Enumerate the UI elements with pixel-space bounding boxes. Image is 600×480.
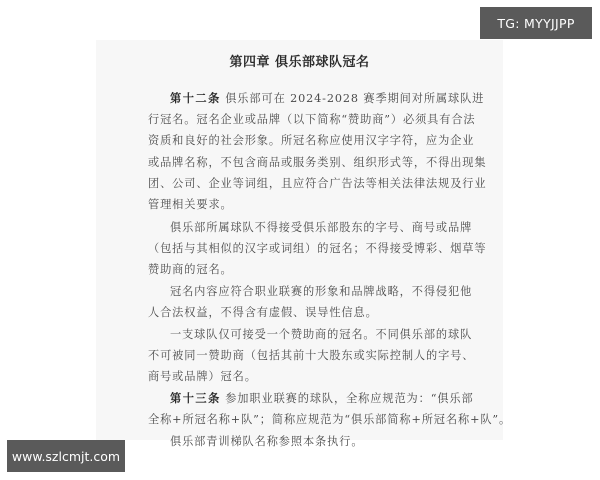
paragraph-line: 俱乐部青训梯队名称参照本条执行。 [148,431,473,452]
paragraph-line: 行冠名。冠名企业或品牌（以下简称“赞助商”）必须具有合法 [148,109,473,130]
paragraph-line: 全称+所冠名称+队”；简称应规范为“俱乐部简称+所冠名称+队”。 [148,409,473,430]
chapter-title: 第四章 俱乐部球队冠名 [96,51,503,70]
paragraph-line: 一支球队仅可接受一个赞助商的冠名。不同俱乐部的球队 [148,324,473,345]
paragraph-line: 人合法权益，不得含有虚假、误导性信息。 [148,302,473,323]
paragraph-single-sponsor: 一支球队仅可接受一个赞助商的冠名。不同俱乐部的球队 不可被同一赞助商（包括其前十… [148,324,473,388]
line-text: 俱乐部所属球队不得接受俱乐部股东的字号、商号或品牌 [170,221,472,234]
paragraph-line: 资质和良好的社会形象。所冠名称应使用汉字字符，应为企业 [148,130,473,151]
article-number: 第十二条 [170,92,221,105]
line-text: 参加职业联赛的球队，全称应规范为：“俱乐部 [221,392,474,405]
paragraph-line: 第十二条 俱乐部可在 2024-2028 赛季期间对所属球队进 [148,88,473,109]
paragraph-youth-teams: 俱乐部青训梯队名称参照本条执行。 [148,431,473,452]
paragraph-line: 不可被同一赞助商（包括其前十大股东或实际控制人的字号、 [148,345,473,366]
line-text: 一支球队仅可接受一个赞助商的冠名。不同俱乐部的球队 [170,328,472,341]
watermark-tg-badge: TG: MYYJJPP [480,7,592,39]
paragraph-line: 商号或品牌）冠名。 [148,366,473,387]
paragraph-line: 冠名内容应符合职业联赛的形象和品牌战略，不得侵犯他 [148,281,473,302]
paragraph-content-requirements: 冠名内容应符合职业联赛的形象和品牌战略，不得侵犯他 人合法权益，不得含有虚假、误… [148,281,473,323]
paragraph-line: 赞助商的冠名。 [148,259,473,280]
watermark-site-badge: www.szlcmjt.com [7,440,125,472]
line-text: 俱乐部青训梯队名称参照本条执行。 [170,435,363,448]
paragraph-line: （包括与其相似的汉字或词组）的冠名；不得接受博彩、烟草等 [148,238,473,259]
paragraph-line: 或品牌名称，不包含商品或服务类别、组织形式等，不得出现集 [148,152,473,173]
line-text: 俱乐部可在 2024-2028 赛季期间对所属球队进 [221,92,485,105]
paragraph-line: 俱乐部所属球队不得接受俱乐部股东的字号、商号或品牌 [148,217,473,238]
paragraph-article-13: 第十三条 参加职业联赛的球队，全称应规范为：“俱乐部 全称+所冠名称+队”；简称… [148,388,473,430]
paragraph-line: 团、公司、企业等词组，且应符合广告法等相关法律法规及行业 [148,173,473,194]
article-number: 第十三条 [170,392,221,405]
paragraph-line: 第十三条 参加职业联赛的球队，全称应规范为：“俱乐部 [148,388,473,409]
line-text: 冠名内容应符合职业联赛的形象和品牌战略，不得侵犯他 [170,285,472,298]
document-page: 第四章 俱乐部球队冠名 第十二条 俱乐部可在 2024-2028 赛季期间对所属… [96,40,503,440]
paragraph-article-12: 第十二条 俱乐部可在 2024-2028 赛季期间对所属球队进 行冠名。冠名企业… [148,88,473,215]
paragraph-line: 管理相关要求。 [148,194,473,215]
paragraph-shareholder-restriction: 俱乐部所属球队不得接受俱乐部股东的字号、商号或品牌 （包括与其相似的汉字或词组）… [148,217,473,281]
